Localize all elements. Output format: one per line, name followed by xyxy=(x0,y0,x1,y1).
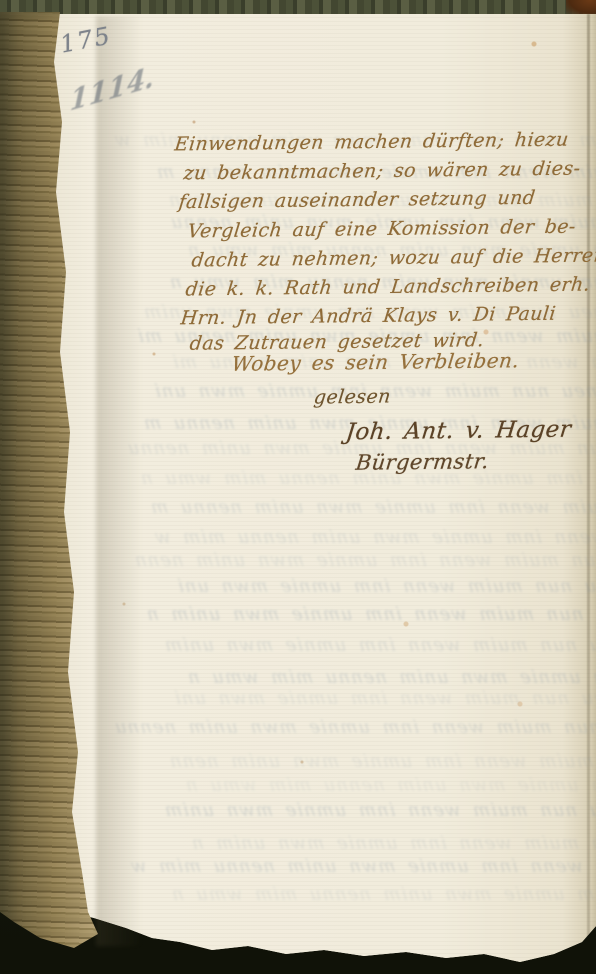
signature-title: Bürgermstr. xyxy=(355,449,491,475)
handwriting-line: Hrn. Jn der Andrä Klays v. Di Pauli xyxy=(180,303,558,330)
fore-edge-fold xyxy=(587,14,590,944)
gutter-shadow xyxy=(96,16,142,946)
manuscript-scan: umnie mwn unim nennu mim wmu nniem unw m… xyxy=(0,0,596,974)
leather-corner xyxy=(566,0,596,15)
closing-line: Wobey es sein Verbleiben. xyxy=(230,348,520,376)
read-note: gelesen xyxy=(313,386,392,409)
signature-name: Joh. Ant. v. Hager xyxy=(344,417,572,446)
handwriting-line: fallsigen auseinander setzung und xyxy=(178,187,537,213)
